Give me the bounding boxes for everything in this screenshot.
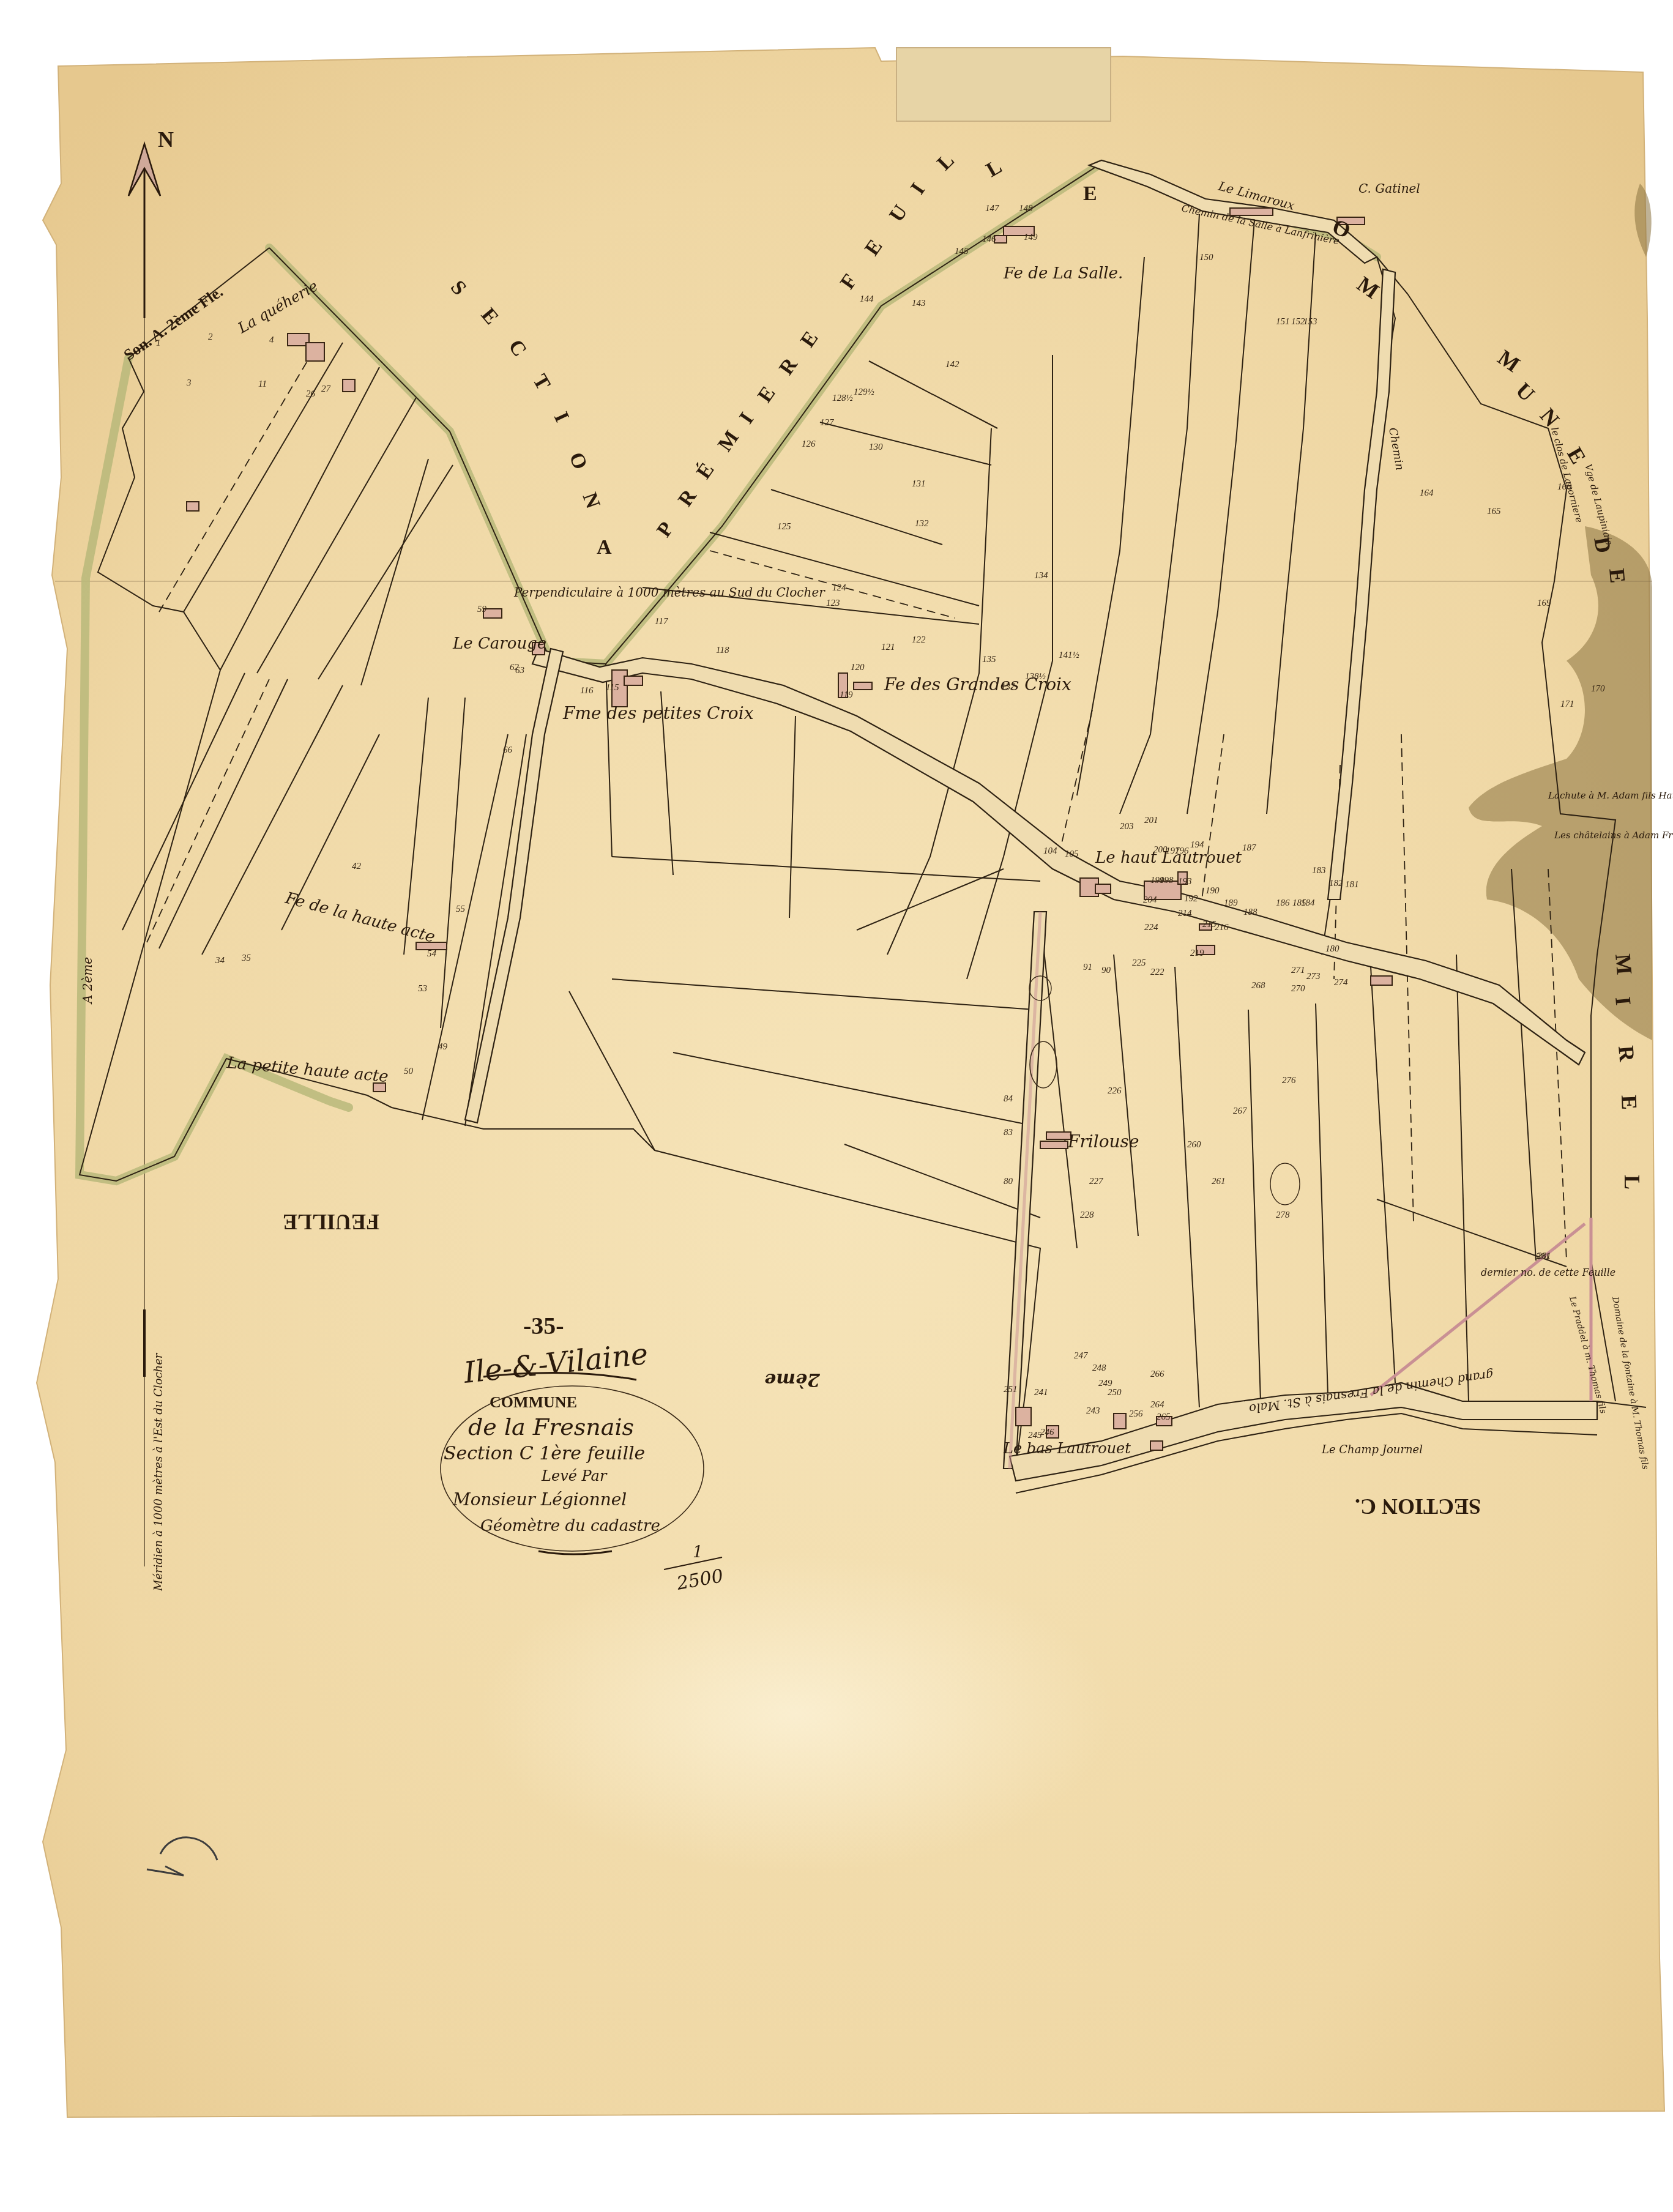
parcel-number: 130 (869, 442, 883, 452)
parcel-number: 135 (982, 655, 996, 665)
svg-text:SECTION C.: SECTION C. (1355, 1494, 1481, 1519)
parcel-number: 189 (1224, 898, 1238, 908)
parcel-number: 50 (404, 1067, 414, 1076)
parcel-number: 249 (1098, 1379, 1112, 1388)
parcel-number: 186 (1276, 898, 1290, 908)
parcel-number: 281 (1537, 1251, 1551, 1261)
parcel-number: 267 (1233, 1106, 1248, 1116)
parcel-number: 264 (1150, 1400, 1164, 1410)
svg-text:A: A (597, 536, 612, 559)
north-label: N (158, 127, 174, 152)
parcel-number: 219 (1190, 948, 1204, 958)
svg-text:Lachute à M. Adam fils Haute V: Lachute à M. Adam fils Haute Ville (1548, 790, 1673, 801)
parcel-number: 197 (1166, 846, 1180, 856)
place-frilouse: Frilouse (1067, 1131, 1139, 1152)
faded-area (477, 1554, 1114, 1872)
parcel-number: 137 (1001, 682, 1016, 692)
parcel-number: 54 (427, 949, 437, 959)
parcel-number: 150 (1199, 253, 1213, 263)
parcel-number: 180 (1325, 944, 1340, 954)
parcel-number: 181 (1345, 880, 1359, 890)
place-la-salle: Fe de La Salle. (1003, 264, 1123, 283)
parcel-number: 26 (306, 389, 316, 399)
cartouche-leve-par: Levé Par (541, 1467, 608, 1484)
parcel-number: 273 (1306, 972, 1321, 981)
parcel-number: 170 (1591, 684, 1605, 694)
parcel-number: 120 (851, 663, 865, 672)
parcel-number: 271 (1291, 966, 1305, 975)
parcel-number: 118 (716, 646, 729, 655)
parcel-number: 3 (186, 378, 192, 388)
parcel-number: 225 (1132, 958, 1146, 968)
svg-text:E: E (1604, 567, 1630, 584)
parcel-number: 131 (912, 479, 926, 489)
parcel-number: 123 (826, 598, 840, 608)
svg-text:A 2ème: A 2ème (80, 957, 95, 1005)
parcel-number: 190 (1205, 886, 1220, 896)
parcel-number: 53 (418, 984, 427, 994)
parcel-number: 2 (208, 332, 213, 342)
parcel-number: 80 (1004, 1177, 1013, 1186)
parcel-number: 147 (985, 204, 1000, 214)
cartouche-surveyor: Monsieur Légionnel (452, 1489, 627, 1510)
parcel-number: 148 (1019, 204, 1033, 214)
cadastral-map-sheet: N (0, 0, 1673, 2212)
cartouche-commune: COMMUNE (490, 1393, 577, 1411)
svg-text:Les châtelains à Adam François: Les châtelains à Adam François (1554, 830, 1673, 841)
place-champ-journel: Le Champ Journel (1321, 1443, 1423, 1456)
parcel-number: 260 (1187, 1140, 1201, 1150)
parcel-number: 145 (955, 247, 969, 256)
parcel-number: 274 (1334, 978, 1348, 988)
parcel-number: 169 (1537, 598, 1551, 608)
cartouche-title: Géomètre du cadastre (480, 1517, 660, 1535)
parcel-number: 55 (456, 904, 466, 914)
parcel-number: 182 (1329, 879, 1343, 888)
parcel-number: 276 (1282, 1076, 1296, 1086)
parcel-number: 248 (1092, 1363, 1106, 1373)
parcel-number: 128½ (832, 393, 853, 403)
svg-text:FEUILLE: FEUILLE (283, 1210, 379, 1234)
parcel-number: 142 (945, 360, 959, 370)
paper-patch (896, 48, 1111, 121)
place-le-carouge: Le Carouge (452, 635, 546, 653)
svg-text:R: R (1614, 1045, 1639, 1063)
parcel-number: 105 (1065, 849, 1079, 859)
parcel-number: 127 (820, 418, 835, 428)
svg-text:M: M (1611, 953, 1637, 975)
parcel-number: 146 (982, 234, 996, 244)
parcel-number: 90 (1101, 966, 1111, 975)
parcel-number: 116 (580, 686, 594, 696)
parcel-number: 84 (1004, 1094, 1013, 1104)
parcel-number: 203 (1120, 822, 1134, 832)
parcel-number: 224 (1144, 923, 1158, 933)
svg-text:L: L (1620, 1175, 1644, 1190)
parcel-number: 91 (1083, 963, 1092, 972)
parcel-number: 199 (1150, 876, 1164, 885)
parcel-number: 222 (1150, 967, 1164, 977)
parcel-number: 144 (860, 294, 874, 304)
parcel-number: 227 (1089, 1177, 1104, 1186)
parcel-number: 187 (1242, 843, 1257, 853)
parcel-number: 151 (1276, 317, 1290, 327)
parcel-number: 204 (1143, 895, 1157, 905)
parcel-number: 117 (655, 617, 669, 627)
parcel-number: 171 (1560, 699, 1574, 709)
parcel-number: 27 (321, 384, 332, 394)
svg-text:E: E (1083, 182, 1097, 205)
parcel-number: 226 (1108, 1086, 1122, 1096)
parcel-number: 141½ (1059, 650, 1079, 660)
parcel-number: 134 (1034, 571, 1048, 581)
parcel-number: 246 (1040, 1428, 1054, 1437)
parcel-number: 153 (1303, 317, 1317, 327)
parcel-number: 185 (1292, 898, 1306, 908)
parcel-number: 192 (1184, 894, 1198, 904)
parcel-number: 228 (1080, 1210, 1094, 1220)
parcel-number: 251 (1004, 1385, 1018, 1395)
parcel-number: 11 (258, 379, 267, 389)
place-c-gatinel: C. Gatinel (1358, 181, 1420, 196)
parcel-number: 194 (1190, 840, 1204, 850)
parcel-number: 126 (802, 439, 816, 449)
parcel-number: 243 (1086, 1406, 1100, 1416)
parcel-number: 4 (269, 335, 274, 345)
parcel-number: 104 (1043, 846, 1057, 856)
parcel-number: 59 (477, 605, 487, 614)
parcel-number: 200 (1153, 845, 1168, 855)
parcel-number: 49 (438, 1042, 448, 1052)
parcel-number: 122 (912, 635, 926, 645)
parcel-number: 241 (1034, 1388, 1048, 1398)
parcel-number: 201 (1144, 816, 1158, 825)
parcel-number: 138½ (1025, 672, 1046, 682)
parcel-number: 261 (1212, 1177, 1226, 1186)
parcel-number: 125 (777, 522, 791, 532)
svg-text:dernier no. de cette Feuille: dernier no. de cette Feuille (1481, 1267, 1615, 1278)
parcel-number: 278 (1276, 1210, 1290, 1220)
parcel-number: 119 (840, 690, 853, 700)
parcel-number: 183 (1312, 866, 1326, 876)
sheet-marker: 2ème (764, 1369, 821, 1390)
parcel-number: 188 (1243, 907, 1258, 917)
parcel-number: 164 (1420, 488, 1434, 498)
department-number: -35- (523, 1312, 564, 1339)
parcel-number: 165 (1487, 507, 1501, 516)
parcel-number: 83 (1004, 1128, 1013, 1138)
parcel-number: 63 (515, 666, 524, 676)
parcel-number: 115 (606, 683, 619, 693)
parcel-number: 214 (1178, 909, 1192, 918)
place-bas-lautrouet: Le bas Lautrouet (1003, 1440, 1131, 1457)
place-petites-croix: Fme des petites Croix (562, 703, 754, 723)
parcel-number: 124 (832, 583, 846, 593)
parcel-number: 270 (1291, 984, 1305, 994)
parcel-number: 268 (1251, 981, 1265, 991)
parcel-number: 42 (352, 862, 362, 871)
parcel-number: 129½ (854, 387, 874, 397)
parcel-number: 66 (503, 745, 513, 755)
parcel-number: 35 (241, 953, 252, 963)
cartouche-section: Section C 1ère feuille (444, 1443, 645, 1464)
parcel-number: 1 (156, 338, 161, 348)
parcel-number: 247 (1074, 1351, 1089, 1361)
parcel-number: 256 (1129, 1409, 1143, 1419)
perpendicular-label: Perpendiculaire à 1000 mètres au Sud du … (513, 585, 825, 600)
parcel-number: 193 (1178, 877, 1192, 887)
parcel-number: 121 (881, 642, 895, 652)
cartouche-commune-name: de la Fresnais (468, 1413, 634, 1440)
parcel-number: 266 (1150, 1369, 1164, 1379)
parcel-number: 143 (912, 299, 926, 308)
parcel-number: 265 (1157, 1412, 1171, 1422)
parcel-number: 250 (1108, 1388, 1122, 1398)
svg-text:E: E (1617, 1095, 1642, 1110)
parcel-number: 149 (1024, 233, 1038, 242)
svg-text:1: 1 (693, 1543, 703, 1562)
meridian-label: Méridien à 1000 mètres à l'Est du Cloche… (152, 1352, 165, 1592)
parcel-number: 132 (915, 519, 929, 529)
parcel-number: 216 (1215, 923, 1229, 933)
parcel-number: 166 (1557, 482, 1571, 492)
parcel-number: 34 (215, 956, 225, 966)
